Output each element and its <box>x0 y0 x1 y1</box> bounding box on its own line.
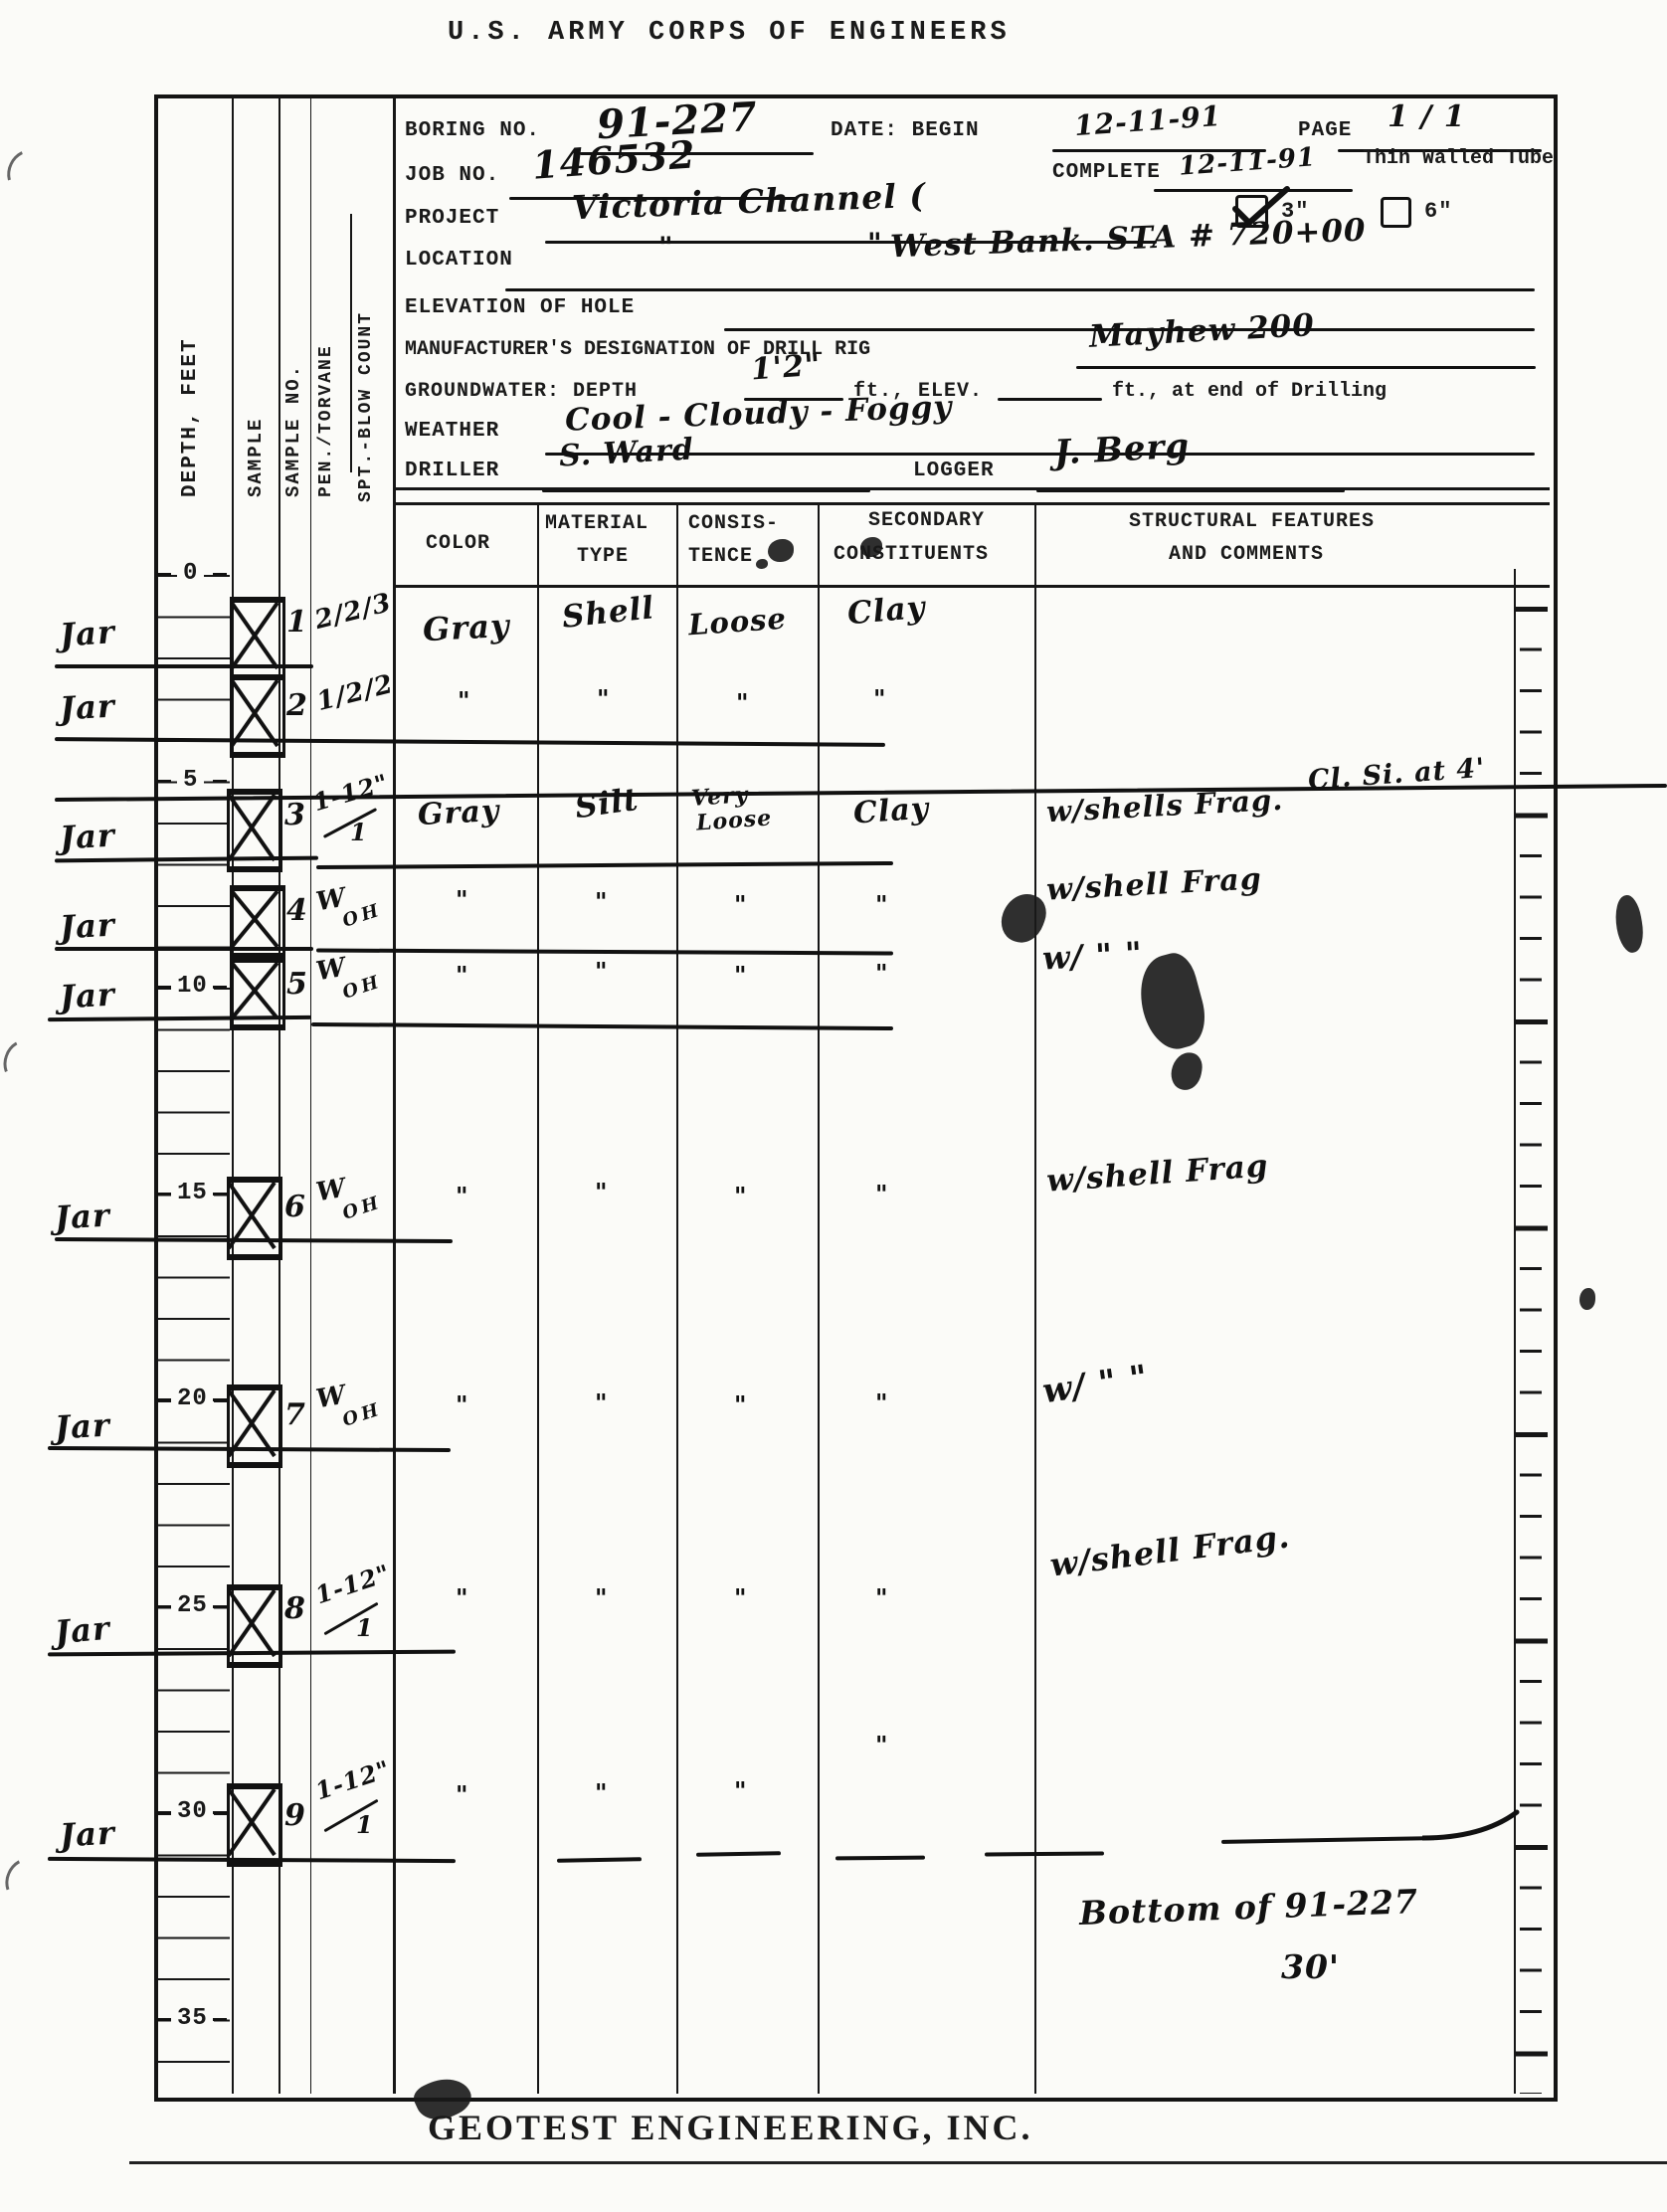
consistency-ditto: " <box>734 1776 748 1805</box>
consistency-value-2: Loose <box>695 805 773 835</box>
boring-no-label: BORING NO. <box>405 119 540 142</box>
job-no-label: JOB NO. <box>405 164 499 187</box>
pen-value-bottom: 1 <box>356 1613 374 1642</box>
blank-line <box>505 288 1535 291</box>
material-ditto: " <box>595 957 609 986</box>
tick <box>213 780 227 783</box>
col-header-sample: SAMPLE <box>245 298 267 497</box>
depth-label-25: 25 <box>171 1592 214 1619</box>
sample-interval-marker <box>230 957 285 1030</box>
ink-smudge <box>1611 893 1647 955</box>
right-ruler-major-ticks <box>1514 607 1548 2094</box>
material-ditto: " <box>595 1583 609 1612</box>
footer-company-name: GEOTEST ENGINEERING, INC. <box>428 2107 1032 2148</box>
tick <box>213 2018 227 2021</box>
blank-line <box>1076 366 1536 369</box>
tick <box>213 1398 227 1401</box>
bottom-note-line2: 30' <box>1281 1947 1340 1986</box>
sample-no: 9 <box>284 1798 306 1833</box>
end-dash <box>835 1856 925 1861</box>
groundwater-depth-value: 1'2" <box>750 348 823 388</box>
material-ditto: " <box>597 684 611 713</box>
location-ditto-1: " <box>658 231 674 264</box>
sample-no: 4 <box>286 893 308 928</box>
secondary-column-header-1: SECONDARY <box>868 509 985 532</box>
scan-artifact <box>0 1034 46 1088</box>
location-ditto-2: " <box>867 227 883 260</box>
groundwater-end-label: ft., at end of Drilling <box>1112 380 1387 403</box>
consistency-column-header-2: TENCE <box>688 545 753 568</box>
consistency-column-header-1: CONSIS- <box>688 512 779 535</box>
sample-no: 1 <box>286 605 308 640</box>
page-title: U.S. ARMY CORPS OF ENGINEERS <box>448 18 1011 48</box>
scan-artifact <box>0 1853 49 1907</box>
divider <box>393 94 396 2094</box>
sample-no: 6 <box>284 1190 306 1224</box>
divider <box>393 585 1550 588</box>
comment-value: w/ " " <box>1041 934 1144 977</box>
tick <box>157 780 171 783</box>
sample-interval-marker <box>230 597 285 680</box>
tick <box>157 573 171 576</box>
depth-label-15: 15 <box>171 1180 214 1206</box>
jar-label: Jar <box>54 1197 111 1237</box>
divider <box>310 94 311 2094</box>
color-ditto: " <box>456 1780 469 1809</box>
secondary-ditto: " <box>875 1180 889 1208</box>
sample-interval-marker <box>230 885 285 959</box>
jar-label: Jar <box>54 1406 111 1447</box>
comments-column-header-1: STRUCTURAL FEATURES <box>1129 510 1375 533</box>
secondary-ditto: " <box>875 1388 889 1417</box>
tick <box>157 1605 171 1608</box>
material-ditto: " <box>595 887 609 916</box>
consistency-ditto: " <box>734 1583 748 1612</box>
elevation-label: ELEVATION OF HOLE <box>405 296 635 319</box>
ink-blot <box>768 539 794 562</box>
jar-label: Jar <box>59 976 116 1016</box>
ink-blot <box>756 559 768 569</box>
checkbox-6in[interactable] <box>1381 197 1411 228</box>
divider <box>393 502 1550 505</box>
secondary-ditto: " <box>873 684 887 713</box>
col-header-sample-no: SAMPLE NO. <box>282 269 304 497</box>
sample-interval-marker <box>227 1384 282 1468</box>
depth-label-5: 5 <box>177 767 204 794</box>
depth-label-0: 0 <box>177 560 204 587</box>
consistency-ditto: " <box>734 1390 748 1419</box>
color-ditto: " <box>456 1390 469 1419</box>
blank-line <box>998 398 1102 401</box>
color-ditto: " <box>456 1583 469 1612</box>
logger-label: LOGGER <box>913 460 995 482</box>
tick <box>213 1193 227 1196</box>
jar-label: Jar <box>59 687 116 728</box>
secondary-value: Clay <box>852 791 930 830</box>
material-ditto: " <box>595 1178 609 1206</box>
sample-no: 3 <box>284 798 306 832</box>
tick <box>157 1811 171 1814</box>
sample-interval-marker <box>227 1584 282 1668</box>
sample-interval-marker <box>227 1177 282 1260</box>
driller-value: S. Ward <box>558 432 694 473</box>
complete-label: COMPLETE <box>1052 161 1161 184</box>
sample-interval-marker <box>227 1783 282 1867</box>
boring-log-page: U.S. ARMY CORPS OF ENGINEERS DEPTH, FEET… <box>0 0 1667 2212</box>
sample-no: 7 <box>284 1397 306 1432</box>
sample-interval-marker <box>227 789 282 872</box>
ink-smudge <box>860 537 882 557</box>
col-header-depth-feet: DEPTH, FEET <box>179 199 202 497</box>
jar-label: Jar <box>53 1609 111 1652</box>
location-label: LOCATION <box>405 249 513 272</box>
secondary-ditto: " <box>875 890 889 919</box>
depth-label-30: 30 <box>171 1798 214 1825</box>
secondary-ditto: " <box>875 1583 889 1612</box>
tick <box>213 986 227 989</box>
material-ditto: " <box>595 1778 609 1807</box>
color-column-header: COLOR <box>426 532 490 555</box>
page-label: PAGE <box>1298 119 1352 142</box>
color-ditto: " <box>456 961 469 990</box>
material-ditto: " <box>595 1388 609 1417</box>
color-value: Gray <box>417 794 500 832</box>
tick <box>157 986 171 989</box>
tick <box>213 1605 227 1608</box>
consistency-ditto: " <box>734 890 748 919</box>
color-ditto: " <box>456 885 469 914</box>
comments-column-header-2: AND COMMENTS <box>1169 543 1324 566</box>
project-label: PROJECT <box>405 207 499 230</box>
thin-walled-tube-label: Thin Walled Tube <box>1363 147 1554 170</box>
tick <box>213 1811 227 1814</box>
sample-interval-marker <box>230 674 285 758</box>
pen-value-bottom: 1 <box>356 1810 374 1839</box>
secondary-value: Clay <box>846 590 927 633</box>
depth-label-35: 35 <box>171 2005 214 2032</box>
page-value: 1 / 1 <box>1388 99 1466 134</box>
sample-no: 2 <box>286 688 308 723</box>
sample-no: 8 <box>284 1591 306 1626</box>
divider <box>393 487 1550 490</box>
consistency-ditto: " <box>734 961 748 990</box>
sample-no: 5 <box>286 967 308 1002</box>
scan-artifact <box>0 143 51 198</box>
color-ditto: " <box>458 686 471 715</box>
pen-spt-fraction-bar <box>350 214 352 472</box>
tick <box>213 573 227 576</box>
jar-label: Jar <box>59 613 116 654</box>
depth-label-20: 20 <box>171 1385 214 1412</box>
driller-label: DRILLER <box>405 460 499 482</box>
jar-label: Jar <box>59 817 116 857</box>
ink-smudge <box>1579 1288 1595 1310</box>
material-column-header-1: MATERIAL <box>545 512 648 535</box>
weather-label: WEATHER <box>405 420 499 443</box>
jar-label: Jar <box>59 1814 116 1855</box>
divider <box>818 502 820 2094</box>
secondary-ditto: " <box>875 1731 889 1759</box>
groundwater-label: GROUNDWATER: DEPTH <box>405 380 638 403</box>
consistency-value: Loose <box>687 602 788 643</box>
col-header-spt-blow-count: SPT.-BLOW COUNT <box>356 204 376 502</box>
secondary-ditto: " <box>875 959 889 988</box>
depth-scale-ticks <box>157 575 230 2092</box>
end-dash-curve <box>1422 1808 1522 1848</box>
material-column-header-2: TYPE <box>577 545 629 568</box>
color-value: Gray <box>422 607 510 649</box>
color-ditto: " <box>456 1182 469 1210</box>
consistency-ditto: " <box>736 688 750 717</box>
col-header-pen-torvane: PEN./TORVANE <box>316 239 336 497</box>
tick <box>157 1193 171 1196</box>
date-begin-label: DATE: BEGIN <box>831 119 980 142</box>
consistency-ditto: " <box>734 1182 748 1210</box>
tick <box>157 2018 171 2021</box>
depth-label-10: 10 <box>171 973 214 1000</box>
jar-label: Jar <box>59 906 116 947</box>
secondary-column-header-2: CONSTITUENTS <box>833 543 989 566</box>
logger-value: J. Berg <box>1053 426 1191 472</box>
tick <box>157 1398 171 1401</box>
tube-6in-label: 6" <box>1424 199 1452 224</box>
